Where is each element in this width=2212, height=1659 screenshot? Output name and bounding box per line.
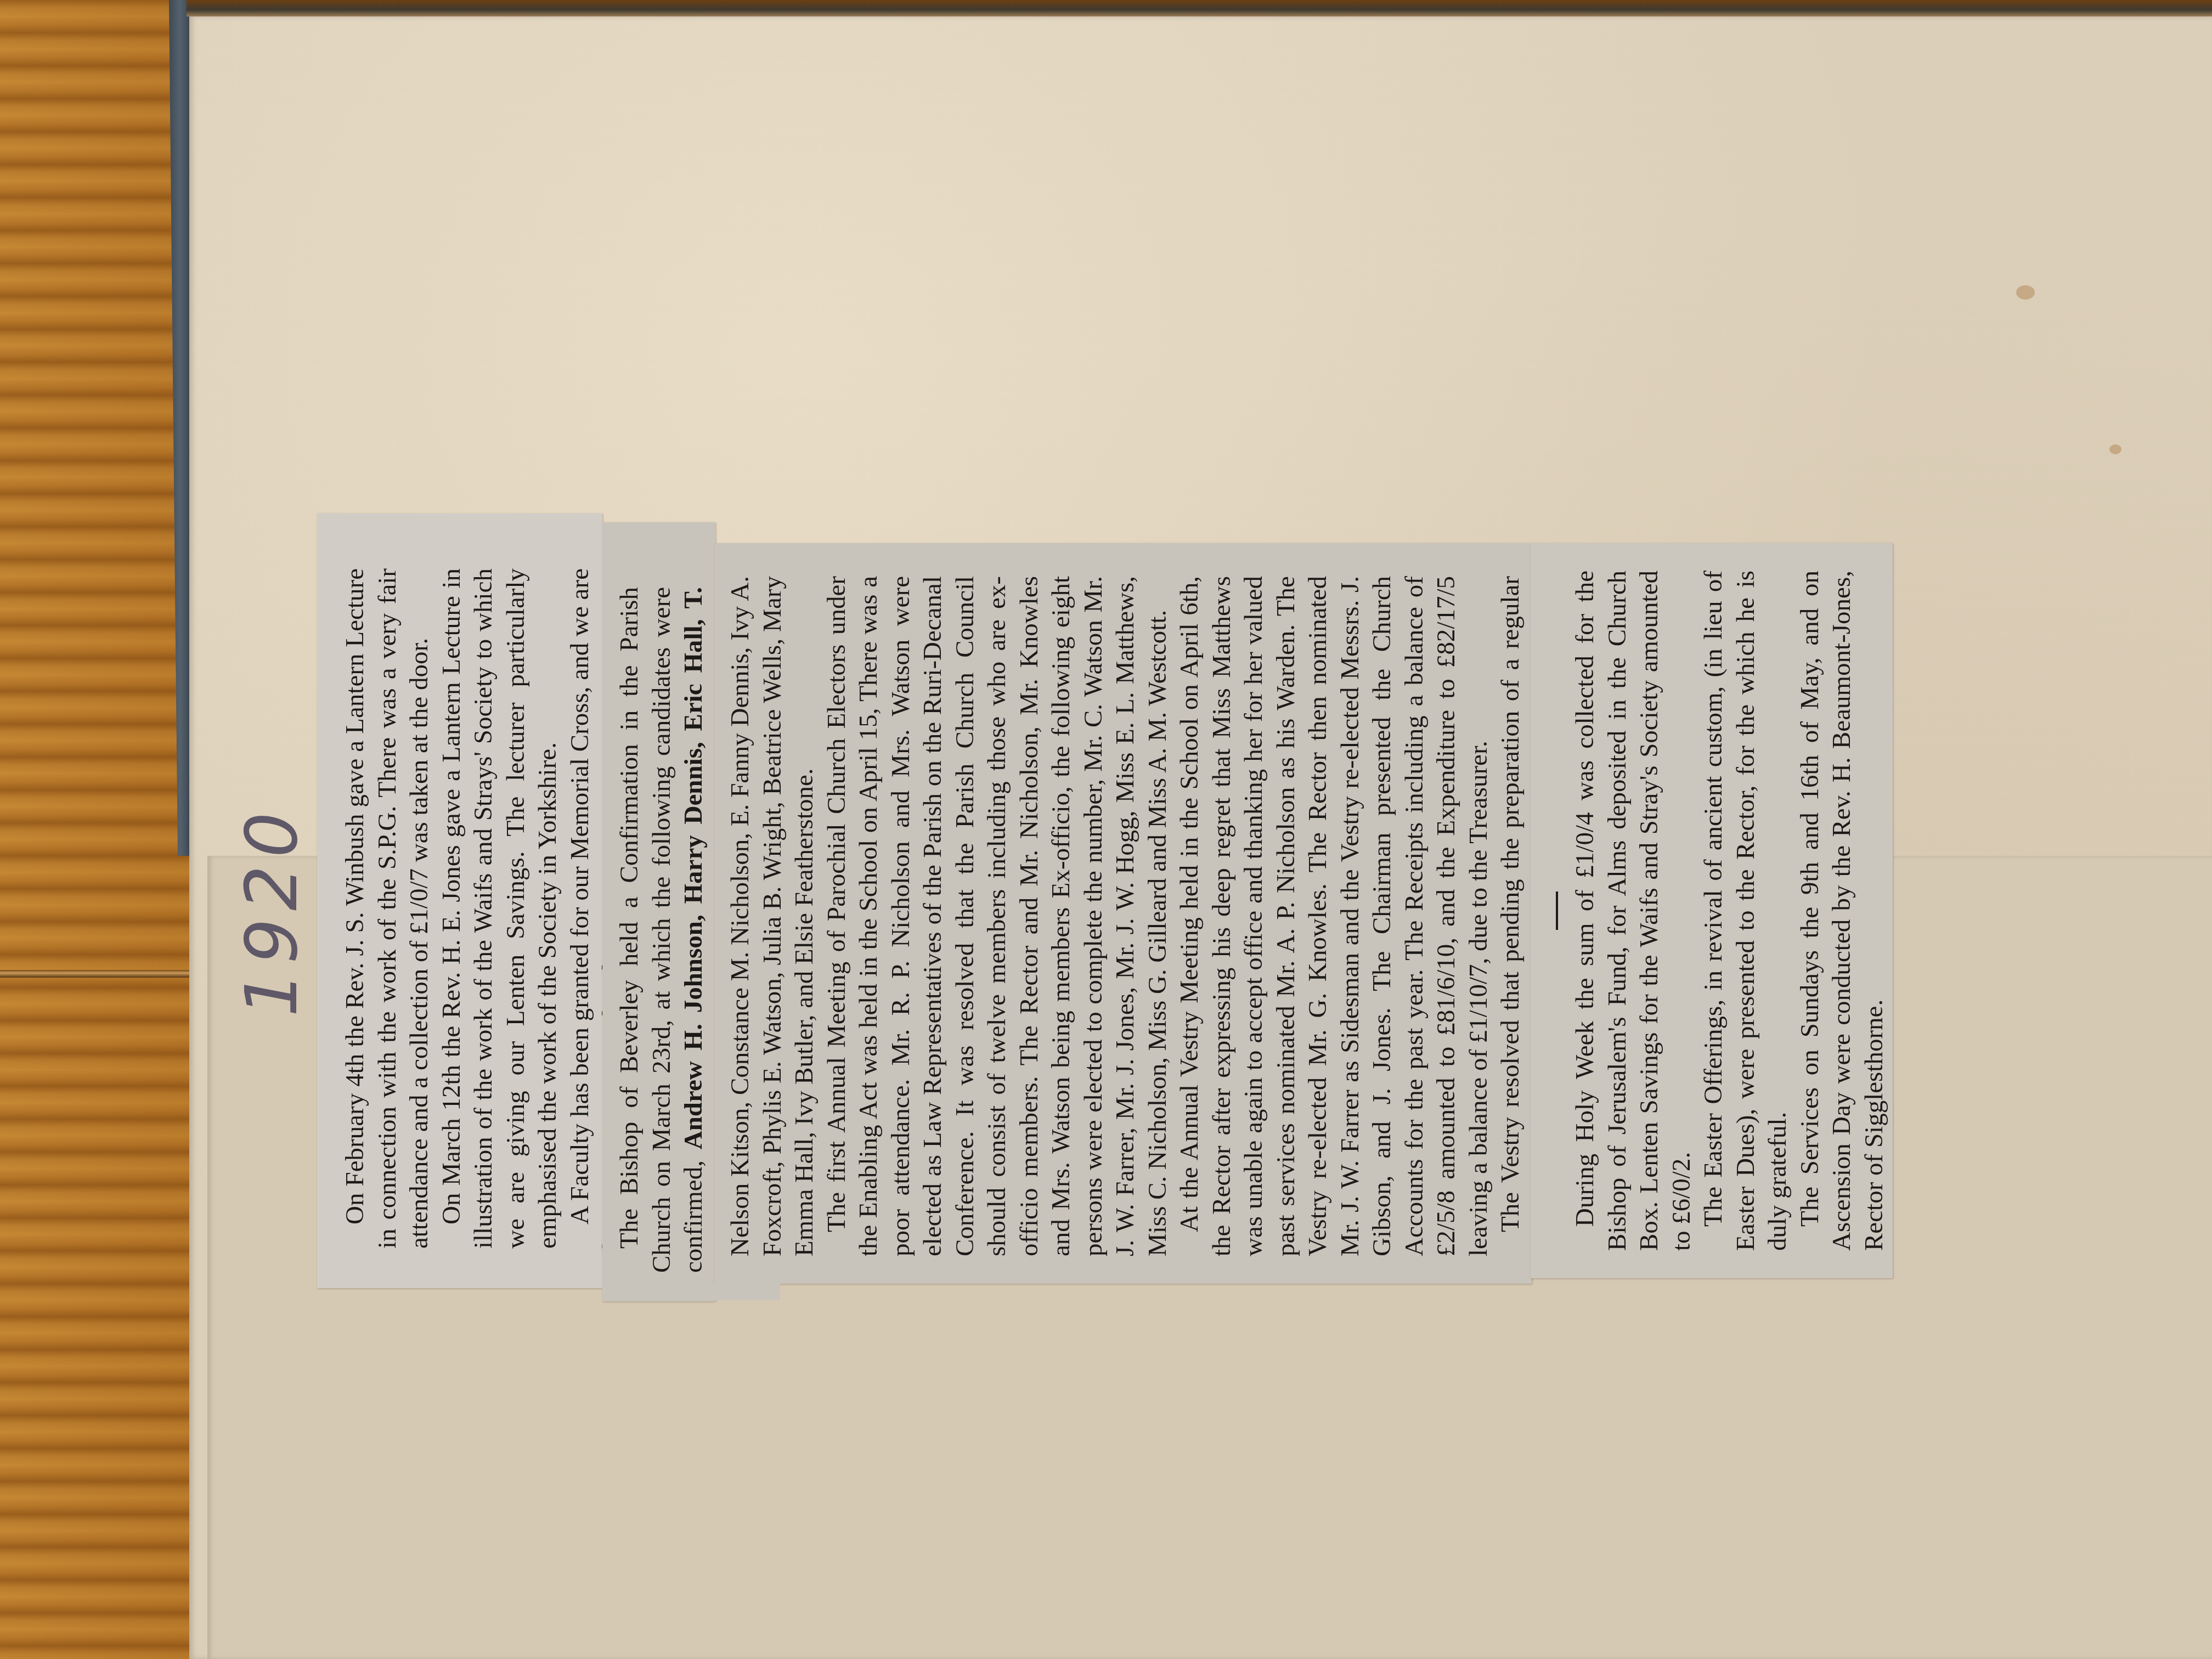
paragraph: The Services on Sundays the 9th and 16th… (1794, 571, 1891, 1251)
foxing-stain (2109, 444, 2121, 454)
paragraph: Nelson Kitson, Constance M. Nicholson, E… (724, 576, 821, 1256)
paragraph: On March 12th the Rev. H. E. Jones gave … (436, 568, 564, 1249)
newspaper-clipping-parish-meetings: Nelson Kitson, Constance M. Nicholson, E… (714, 543, 1532, 1284)
paragraph: The Bishop of Beverley held a Confirmati… (613, 587, 715, 1273)
newspaper-clipping-holy-week: During Holy Week the sum of £1/0/4 was c… (1531, 543, 1893, 1278)
paragraph: The Parish Church Council have held thei… (1890, 571, 1893, 1251)
clipping-text-column: During Holy Week the sum of £1/0/4 was c… (1547, 571, 1893, 1251)
newspaper-clipping-lectures: On February 4th the Rev. J. S. Winbush g… (317, 513, 602, 1288)
newspaper-clipping-confirmation: The Bishop of Beverley held a Confirmati… (602, 522, 715, 1301)
handwritten-year: 1920 (217, 801, 326, 1020)
paragraph: The Easter Offerings, in revival of anci… (1697, 571, 1794, 1251)
clipping-tab (714, 1278, 780, 1300)
paragraph: During Holy Week the sum of £1/0/4 was c… (1569, 571, 1697, 1251)
page-top-edge (187, 0, 2212, 16)
table-plank-seam (0, 970, 208, 978)
paragraph: A Faculty has been granted for our Memor… (564, 568, 603, 1249)
clipping-text-column: Nelson Kitson, Constance M. Nicholson, E… (724, 576, 1532, 1256)
foxing-stain (2016, 285, 2035, 300)
separator-rule (1556, 891, 1558, 930)
paragraph: The Vestry resolved that pending the pre… (1494, 576, 1532, 1256)
year-text: 1920 (230, 805, 313, 1017)
paragraph: At the Annual Vestry Meeting held in the… (1173, 576, 1494, 1256)
clipping-text-column: On February 4th the Rev. J. S. Winbush g… (339, 568, 602, 1249)
paragraph: The first Annual Meeting of Parochial Ch… (821, 576, 1174, 1256)
clipping-text-column: The Bishop of Beverley held a Confirmati… (613, 587, 715, 1273)
paragraph: On February 4th the Rev. J. S. Winbush g… (339, 568, 436, 1249)
